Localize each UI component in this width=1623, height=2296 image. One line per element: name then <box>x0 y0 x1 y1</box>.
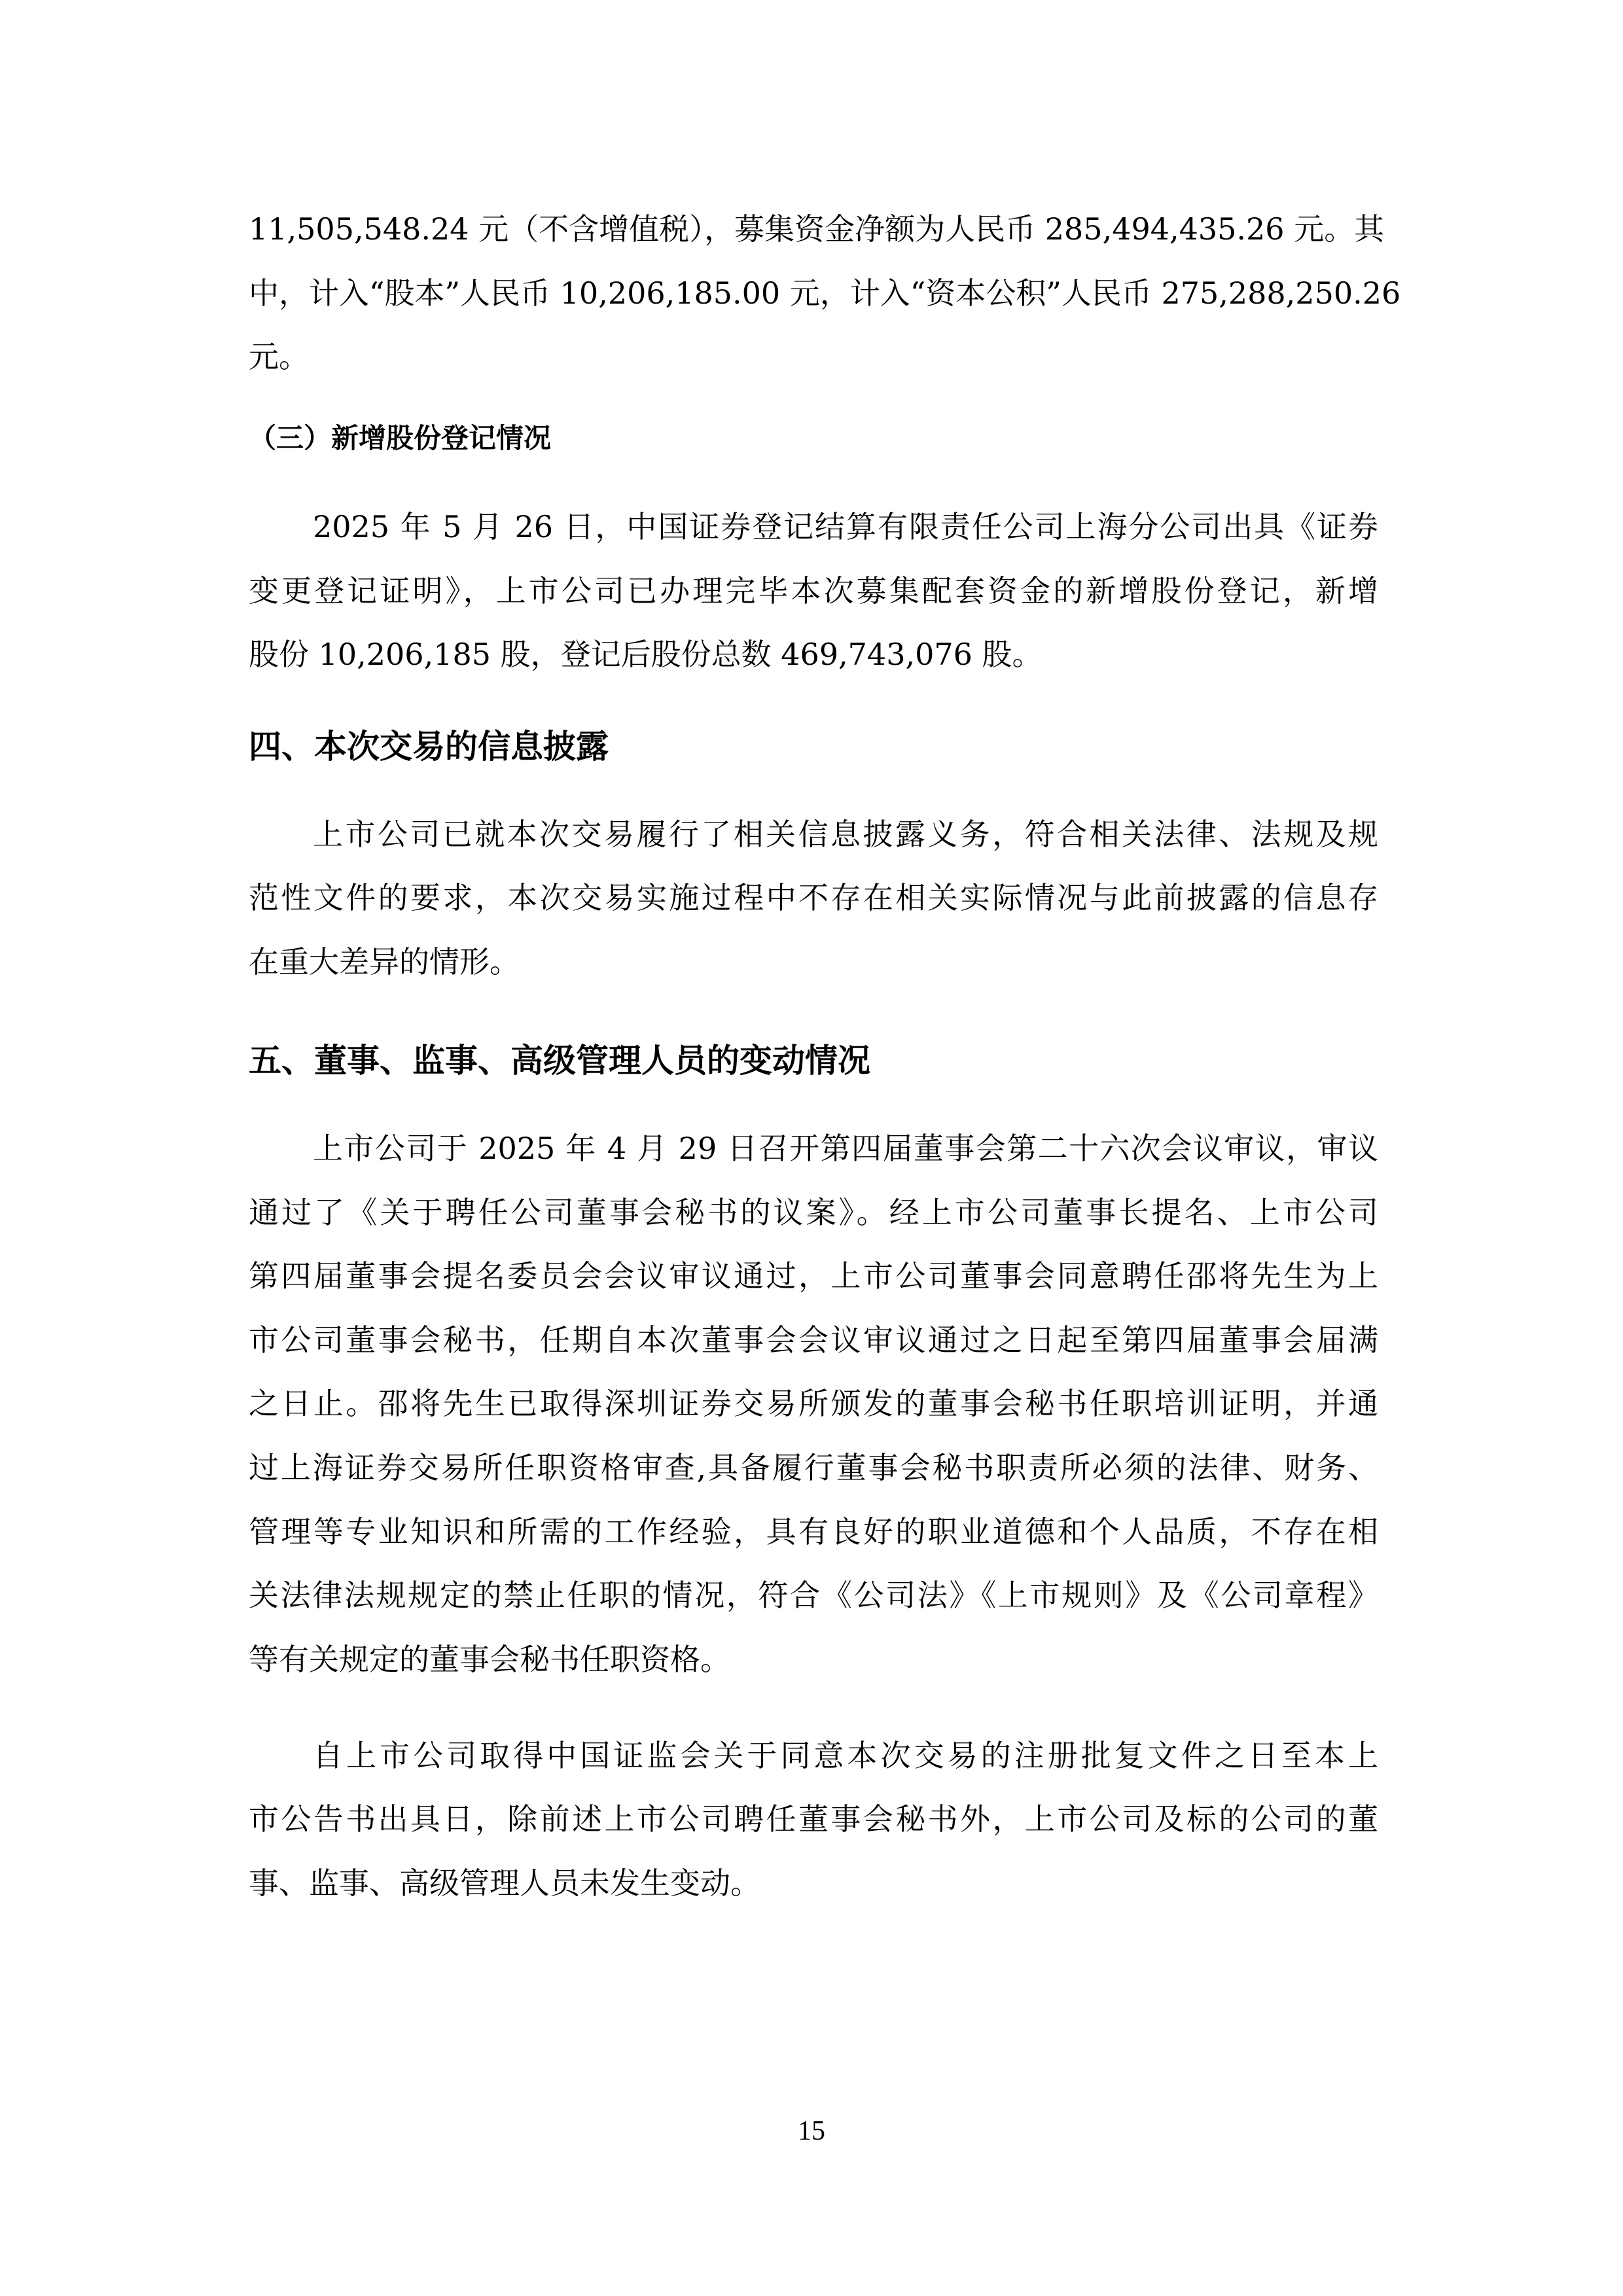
section-heading: 四、本次交易的信息披露 <box>249 726 609 767</box>
paragraph-line: 2025 年 5 月 26 日，中国证券登记结算有限责任公司上海分公司出具《证券 <box>313 508 1378 545</box>
paragraph-line: 等有关规定的董事会秘书任职资格。 <box>249 1641 1378 1678</box>
paragraph-line: 11,505,548.24 元（不含增值税），募集资金净额为人民币 285,49… <box>249 211 1378 247</box>
paragraph-line: 事、监事、高级管理人员未发生变动。 <box>249 1865 1378 1901</box>
section-heading: 五、董事、监事、高级管理人员的变动情况 <box>249 1040 870 1081</box>
paragraph-line: 变更登记证明》，上市公司已办理完毕本次募集配套资金的新增股份登记，新增 <box>249 573 1378 609</box>
paragraph-line: 关法律法规规定的禁止任职的情况，符合《公司法》《上市规则》及《公司章程》 <box>249 1577 1378 1614</box>
paragraph-line: 之日止。邵将先生已取得深圳证券交易所颁发的董事会秘书任职培训证明，并通 <box>249 1385 1378 1422</box>
paragraph-line: 范性文件的要求，本次交易实施过程中不存在相关实际情况与此前披露的信息存 <box>249 879 1378 916</box>
paragraph-line: 自上市公司取得中国证监会关于同意本次交易的注册批复文件之日至本上 <box>313 1737 1378 1774</box>
section-subheading: （三）新增股份登记情况 <box>249 420 551 457</box>
paragraph-line: 在重大差异的情形。 <box>249 944 1378 980</box>
page-number: 15 <box>0 2115 1623 2147</box>
paragraph-line: 中，计入“股本”人民币 10,206,185.00 元，计入“资本公积”人民币 … <box>249 275 1378 311</box>
paragraph-line: 市公司董事会秘书，任期自本次董事会会议审议通过之日起至第四届董事会届满 <box>249 1322 1378 1358</box>
paragraph-line: 上市公司于 2025 年 4 月 29 日召开第四届董事会第二十六次会议审议，审… <box>313 1130 1378 1167</box>
paragraph-line: 市公告书出具日，除前述上市公司聘任董事会秘书外，上市公司及标的公司的董 <box>249 1801 1378 1837</box>
paragraph-line: 元。 <box>249 338 1378 375</box>
paragraph-line: 上市公司已就本次交易履行了相关信息披露义务，符合相关法律、法规及规 <box>313 816 1378 853</box>
paragraph-line: 管理等专业知识和所需的工作经验，具有良好的职业道德和个人品质，不存在相 <box>249 1513 1378 1550</box>
paragraph-line: 过上海证券交易所任职资格审查,具备履行董事会秘书职责所必须的法律、财务、 <box>249 1449 1378 1486</box>
paragraph-line: 通过了《关于聘任公司董事会秘书的议案》。经上市公司董事长提名、上市公司 <box>249 1194 1378 1231</box>
paragraph-line: 股份 10,206,185 股，登记后股份总数 469,743,076 股。 <box>249 636 1378 673</box>
paragraph-line: 第四届董事会提名委员会会议审议通过，上市公司董事会同意聘任邵将先生为上 <box>249 1258 1378 1294</box>
